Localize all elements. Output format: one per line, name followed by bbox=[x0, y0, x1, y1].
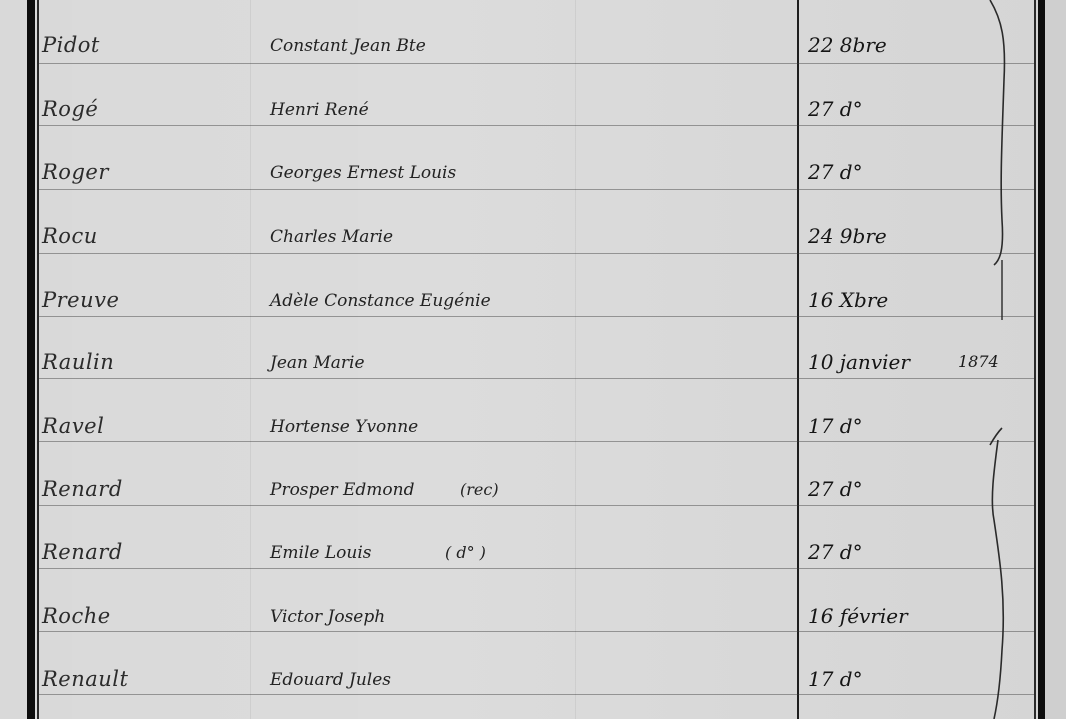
register-entry: RocheVictor Joseph16 février bbox=[0, 604, 1066, 644]
date: 22 8bre bbox=[808, 33, 887, 57]
surname: Preuve bbox=[42, 288, 119, 312]
date: 16 février bbox=[808, 604, 908, 628]
date: 17 d° bbox=[808, 667, 863, 691]
given-names: Henri René bbox=[270, 100, 369, 120]
annotation: ( d° ) bbox=[445, 543, 486, 562]
register-entry: RenaultEdouard Jules17 d° bbox=[0, 667, 1066, 707]
surname: Renard bbox=[42, 477, 123, 501]
surname: Rocu bbox=[42, 224, 98, 248]
register-entry: RavelHortense Yvonne17 d° bbox=[0, 414, 1066, 454]
register-entry: RenardProsper Edmond(rec)27 d° bbox=[0, 477, 1066, 517]
surname: Rogé bbox=[42, 97, 98, 121]
given-names: Constant Jean Bte bbox=[270, 36, 426, 56]
given-names: Charles Marie bbox=[270, 227, 393, 247]
surname: Raulin bbox=[42, 350, 114, 374]
given-names: Hortense Yvonne bbox=[270, 417, 418, 437]
date: 27 d° bbox=[808, 540, 863, 564]
given-names: Adèle Constance Eugénie bbox=[270, 291, 491, 311]
surname: Renault bbox=[42, 667, 128, 691]
given-names: Edouard Jules bbox=[270, 670, 391, 690]
date: 16 Xbre bbox=[808, 288, 888, 312]
given-names: Jean Marie bbox=[270, 353, 365, 373]
year: 1874 bbox=[958, 352, 999, 371]
surname: Ravel bbox=[42, 414, 104, 438]
given-names: Victor Joseph bbox=[270, 607, 385, 627]
date: 27 d° bbox=[808, 97, 863, 121]
given-names: Georges Ernest Louis bbox=[270, 163, 456, 183]
given-names: Prosper Edmond bbox=[270, 480, 414, 500]
register-page: PidotConstant Jean Bte22 8breRogéHenri R… bbox=[0, 0, 1066, 719]
register-entry: PidotConstant Jean Bte22 8bre bbox=[0, 33, 1066, 73]
annotation: (rec) bbox=[460, 480, 499, 499]
given-names: Emile Louis bbox=[270, 543, 372, 563]
surname: Renard bbox=[42, 540, 123, 564]
date: 17 d° bbox=[808, 414, 863, 438]
register-entry: RogerGeorges Ernest Louis27 d° bbox=[0, 160, 1066, 200]
date: 10 janvier bbox=[808, 350, 910, 374]
surname: Pidot bbox=[42, 33, 100, 57]
date: 24 9bre bbox=[808, 224, 887, 248]
register-entry: RenardEmile Louis( d° )27 d° bbox=[0, 540, 1066, 580]
register-entry: RogéHenri René27 d° bbox=[0, 97, 1066, 137]
register-entry: RocuCharles Marie24 9bre bbox=[0, 224, 1066, 264]
register-entry: RaulinJean Marie10 janvier1874 bbox=[0, 350, 1066, 390]
date: 27 d° bbox=[808, 477, 863, 501]
date: 27 d° bbox=[808, 160, 863, 184]
surname: Roger bbox=[42, 160, 109, 184]
register-entry: PreuveAdèle Constance Eugénie16 Xbre bbox=[0, 288, 1066, 328]
surname: Roche bbox=[42, 604, 111, 628]
